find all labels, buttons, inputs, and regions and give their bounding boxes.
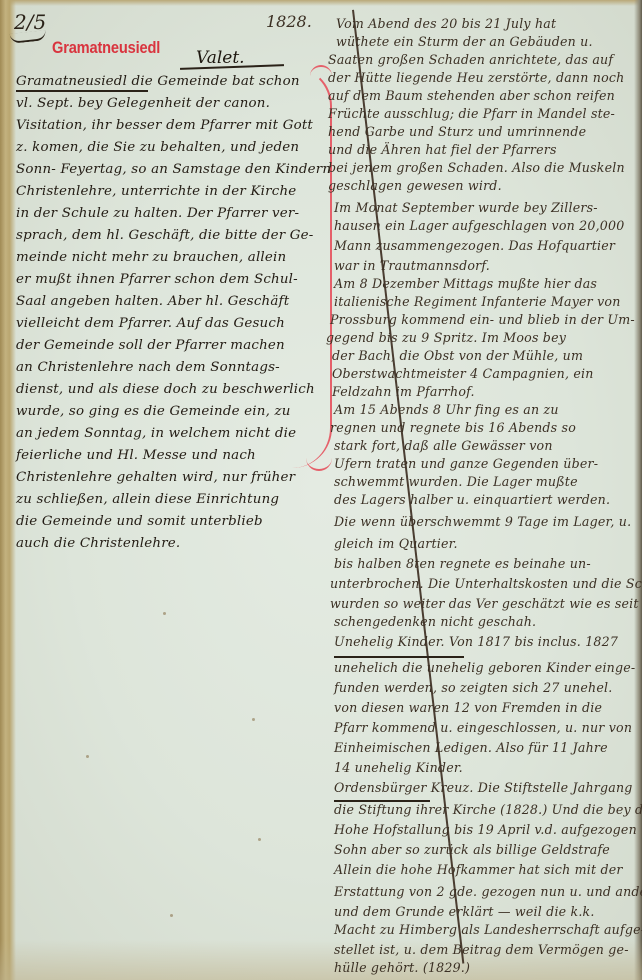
text-line: italienische Regiment Infanterie Mayer v… xyxy=(334,294,621,309)
text-line: Gramatneusiedl die Gemeinde bat schon xyxy=(16,74,300,89)
text-line: unehelich die unehelig geboren Kinder ei… xyxy=(334,660,635,675)
text-line: Christenlehre, unterrichte in der Kirche xyxy=(16,184,296,199)
text-line: feierliche und Hl. Messe und nach xyxy=(16,448,256,463)
text-line: Pfarr kommend u. eingeschlossen, u. nur … xyxy=(334,720,632,735)
text-line: Prossburg kommend ein- und blieb in der … xyxy=(330,312,635,327)
text-line: auch die Christenlehre. xyxy=(16,536,180,551)
book-spine-edge xyxy=(0,0,16,980)
text-line: Saal angeben halten. Aber hl. Geschäft xyxy=(16,294,289,309)
text-line: schwemmt wurden. Die Lager mußte xyxy=(334,474,578,489)
paper-speck xyxy=(252,718,255,721)
text-line: schengedenken nicht geschah. xyxy=(334,614,536,629)
text-line: Feldzahn im Pfarrhof. xyxy=(332,384,475,399)
text-line: stellet ist, u. dem Beitrag dem Vermögen… xyxy=(334,942,629,957)
text-line: unterbrochen. Die Unterhaltskosten und d… xyxy=(330,576,642,591)
text-line: Sohn aber so zurück als billige Geldstra… xyxy=(334,842,610,857)
text-line: wurden so weiter das Ver geschätzt wie e… xyxy=(330,596,642,611)
text-line: Sonn- Feyertag, so an Samstage den Kinde… xyxy=(16,162,331,177)
place-stamp: Gramatneusiedl xyxy=(52,38,160,58)
text-line: wurde, so ging es die Gemeinde ein, zu xyxy=(16,404,291,419)
text-line: Erstattung von 2 gde. gezogen nun u. und… xyxy=(334,884,642,899)
text-line: funden werden, so zeigten sich 27 unehel… xyxy=(334,680,612,695)
text-line: und dem Grunde erklärt — weil die k.k. xyxy=(334,904,595,919)
paper-speck xyxy=(258,838,261,841)
text-line: hausen ein Lager aufgeschlagen von 20,00… xyxy=(334,218,624,233)
text-line: gegend bis zu 9 Spritz. Im Moos bey xyxy=(326,330,566,345)
text-line: der Bach, die Obst von der Mühle, um xyxy=(332,348,583,363)
text-line: bei jenem großen Schaden. Also die Muske… xyxy=(328,160,625,175)
text-line: Ufern traten und ganze Gegenden über- xyxy=(334,456,598,471)
text-line: Vom Abend des 20 bis 21 July hat xyxy=(336,16,556,31)
text-line: an jedem Sonntag, in welchem nicht die xyxy=(16,426,296,441)
text-line: an Christenlehre nach dem Sonntags- xyxy=(16,360,280,375)
text-line: der Gemeinde soll der Pfarrer machen xyxy=(16,338,285,353)
text-line: die Gemeinde und somit unterblieb xyxy=(16,514,263,529)
text-line: Am 8 Dezember Mittags mußte hier das xyxy=(334,276,597,291)
year-header: 1828. xyxy=(266,12,312,31)
text-line: Visitation, ihr besser dem Pfarrer mit G… xyxy=(16,118,313,133)
text-line: Macht zu Himberg als Landesherrschaft au… xyxy=(334,922,642,937)
text-line: Saaten großen Schaden anrichtete, das au… xyxy=(328,52,613,67)
text-line: vl. Sept. bey Gelegenheit der canon. xyxy=(16,96,270,111)
text-line: in der Schule zu halten. Der Pfarrer ver… xyxy=(16,206,299,221)
text-line: Hohe Hofstallung bis 19 April v.d. aufge… xyxy=(334,822,637,837)
text-line: Allein die hohe Hofkammer hat sich mit d… xyxy=(334,862,623,877)
text-line: Am 15 Abends 8 Uhr fing es an zu xyxy=(334,402,559,417)
text-line: Unehelig Kinder. Von 1817 bis inclus. 18… xyxy=(334,634,618,649)
text-line: Die wenn überschwemmt 9 Tage im Lager, u… xyxy=(334,514,631,529)
paper-speck xyxy=(170,914,173,917)
text-line: gleich im Quartier. xyxy=(334,536,458,551)
section-underline xyxy=(334,656,464,658)
text-line: auf dem Baum stehenden aber schon reifen xyxy=(328,88,615,103)
text-line: Mann zusammengezogen. Das Hofquartier xyxy=(334,238,615,253)
text-line: sprach, dem hl. Geschäft, die bitte der … xyxy=(16,228,314,243)
text-line: z. komen, die Sie zu behalten, und jeden xyxy=(16,140,299,155)
text-line: von diesen waren 12 von Fremden in die xyxy=(334,700,602,715)
text-line: regnen und regnete bis 16 Abends so xyxy=(330,420,576,435)
text-line: Ordensbürger Kreuz. Die Stiftstelle Jahr… xyxy=(334,780,633,795)
text-line: Einheimischen Ledigen. Also für 11 Jahre xyxy=(334,740,608,755)
text-line: Früchte ausschlug; die Pfarr in Mandel s… xyxy=(328,106,615,121)
text-line: bis halben 8ten regnete es beinahe un- xyxy=(334,556,591,571)
text-line: dienst, und als diese doch zu beschwerli… xyxy=(16,382,315,397)
text-line: war in Trautmannsdorf. xyxy=(334,258,490,273)
text-line: Oberstwachtmeister 4 Campagnien, ein xyxy=(332,366,594,381)
text-line: hülle gehört. (1829.) xyxy=(334,960,470,975)
place-name-underline xyxy=(16,90,148,92)
page-top-edge xyxy=(0,0,642,6)
text-line: und die Ähren hat fiel der Pfarrers xyxy=(328,142,557,157)
text-line: stark fort, daß alle Gewässer von xyxy=(334,438,553,453)
text-line: des Lagers halber u. einquartiert werden… xyxy=(334,492,610,507)
text-line: der Hütte liegende Heu zerstörte, dann n… xyxy=(328,70,624,85)
manuscript-page: 2/5 1828. Gramatneusiedl Valet. Gramatne… xyxy=(0,0,642,980)
text-line: 14 unehelig Kinder. xyxy=(334,760,463,775)
paper-speck xyxy=(163,612,166,615)
text-line: meinde nicht mehr zu brauchen, allein xyxy=(16,250,286,265)
text-line: hend Garbe und Sturz und umrinnende xyxy=(328,124,586,139)
text-line: wüthete ein Sturm der an Gebäuden u. xyxy=(336,34,593,49)
paper-speck xyxy=(86,755,89,758)
text-line: zu schließen, allein diese Einrichtung xyxy=(16,492,279,507)
text-line: die Stiftung ihrer Kirche (1828.) Und di… xyxy=(334,802,642,817)
text-line: Christenlehre gehalten wird, nur früher xyxy=(16,470,295,485)
text-line: er mußt ihnen Pfarrer schon dem Schul- xyxy=(16,272,298,287)
text-line: Im Monat September wurde bey Zillers- xyxy=(334,200,598,215)
text-line: geschlagen gewesen wird. xyxy=(328,178,502,193)
text-line: vielleicht dem Pfarrer. Auf das Gesuch xyxy=(16,316,285,331)
